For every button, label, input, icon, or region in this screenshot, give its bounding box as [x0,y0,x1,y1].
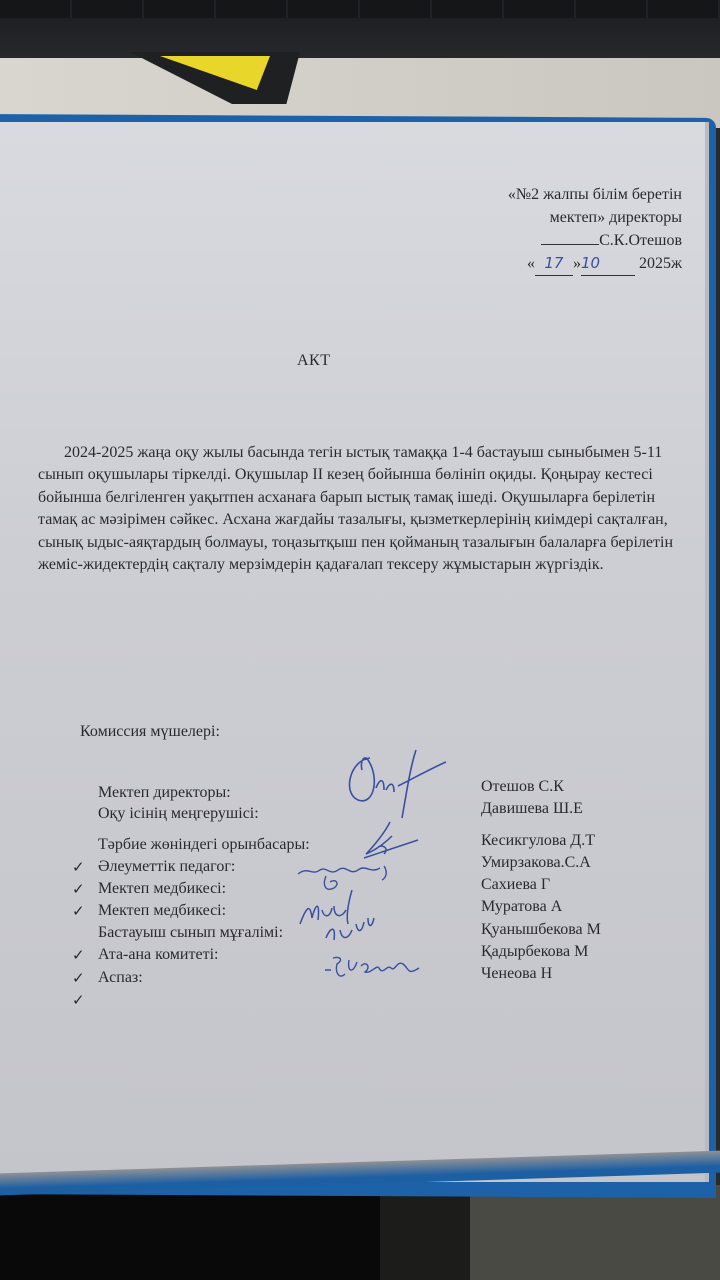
role-label: Аспаз: [98,969,143,987]
signature-deputy [362,820,422,865]
role-label: Мектеп медбикесі: [98,880,226,898]
member-name: Давишева Ш.Е [481,798,601,820]
signature-parent-committee [323,950,423,991]
document-title: АКТ [297,352,331,370]
role-label: Бастауыш сынып мұғалімі: [98,924,283,942]
role-label: Мектеп медбикесі: [98,902,226,920]
role-label: Тәрбие жөніндегі орынбасары: [98,836,310,854]
checkmark-icon: ✓ [72,880,90,898]
member-name: Қуанышбекова М [481,919,601,941]
role-label: Оқу ісінің меңгерушісі: [98,805,259,823]
approval-line-1: «№2 жалпы білім беретін [508,183,682,206]
checkmark-icon: ✓ [72,969,90,987]
checkmark-icon: ✓ [72,991,90,1009]
commission-heading: Комиссия мүшелері: [80,723,220,741]
member-name: Умирзакова.С.А [481,852,601,874]
date-day: 17 [535,252,573,276]
approval-block: «№2 жалпы білім беретін мектеп» директор… [508,183,682,276]
date-close-quote: » [573,255,581,272]
signature-nurse [296,888,386,953]
approval-line-2: мектеп» директоры [508,206,682,229]
role-label: Әлеуметтік педагог: [98,858,235,876]
checkmark-icon: ✓ [72,946,90,964]
approval-date: «17»10 2025ж [508,252,682,276]
checkmark-icon: ✓ [72,902,90,920]
signature-blank [541,230,599,245]
checkmark-icon: ✓ [72,858,90,876]
date-year: 2025ж [639,255,682,272]
date-month: 10 [581,252,635,276]
document-body: 2024-2025 жаңа оқу жылы басында тегін ыс… [38,442,688,576]
member-name: Сахиева Г [481,874,601,896]
approval-signatory-line: С.К.Отешов [508,229,682,252]
member-name: Кесикгулова Д.Т [481,830,601,852]
member-name: Қадырбекова М [481,941,601,963]
member-name: Отешов С.К [481,776,601,798]
role-label: Ата-ана комитеті: [98,946,218,964]
spacer [481,821,601,830]
member-name: Муратова А [481,896,601,918]
member-name: Ченеова Н [481,963,601,985]
signature-director [340,748,450,823]
role-label: Мектеп директоры: [98,784,231,802]
date-open-quote: « [527,255,535,272]
document: «№2 жалпы білім беретін мектеп» директор… [0,0,720,1280]
commission-names: Отешов С.К Давишева Ш.Е Кесикгулова Д.Т … [481,776,601,986]
approval-signatory: С.К.Отешов [599,232,682,249]
